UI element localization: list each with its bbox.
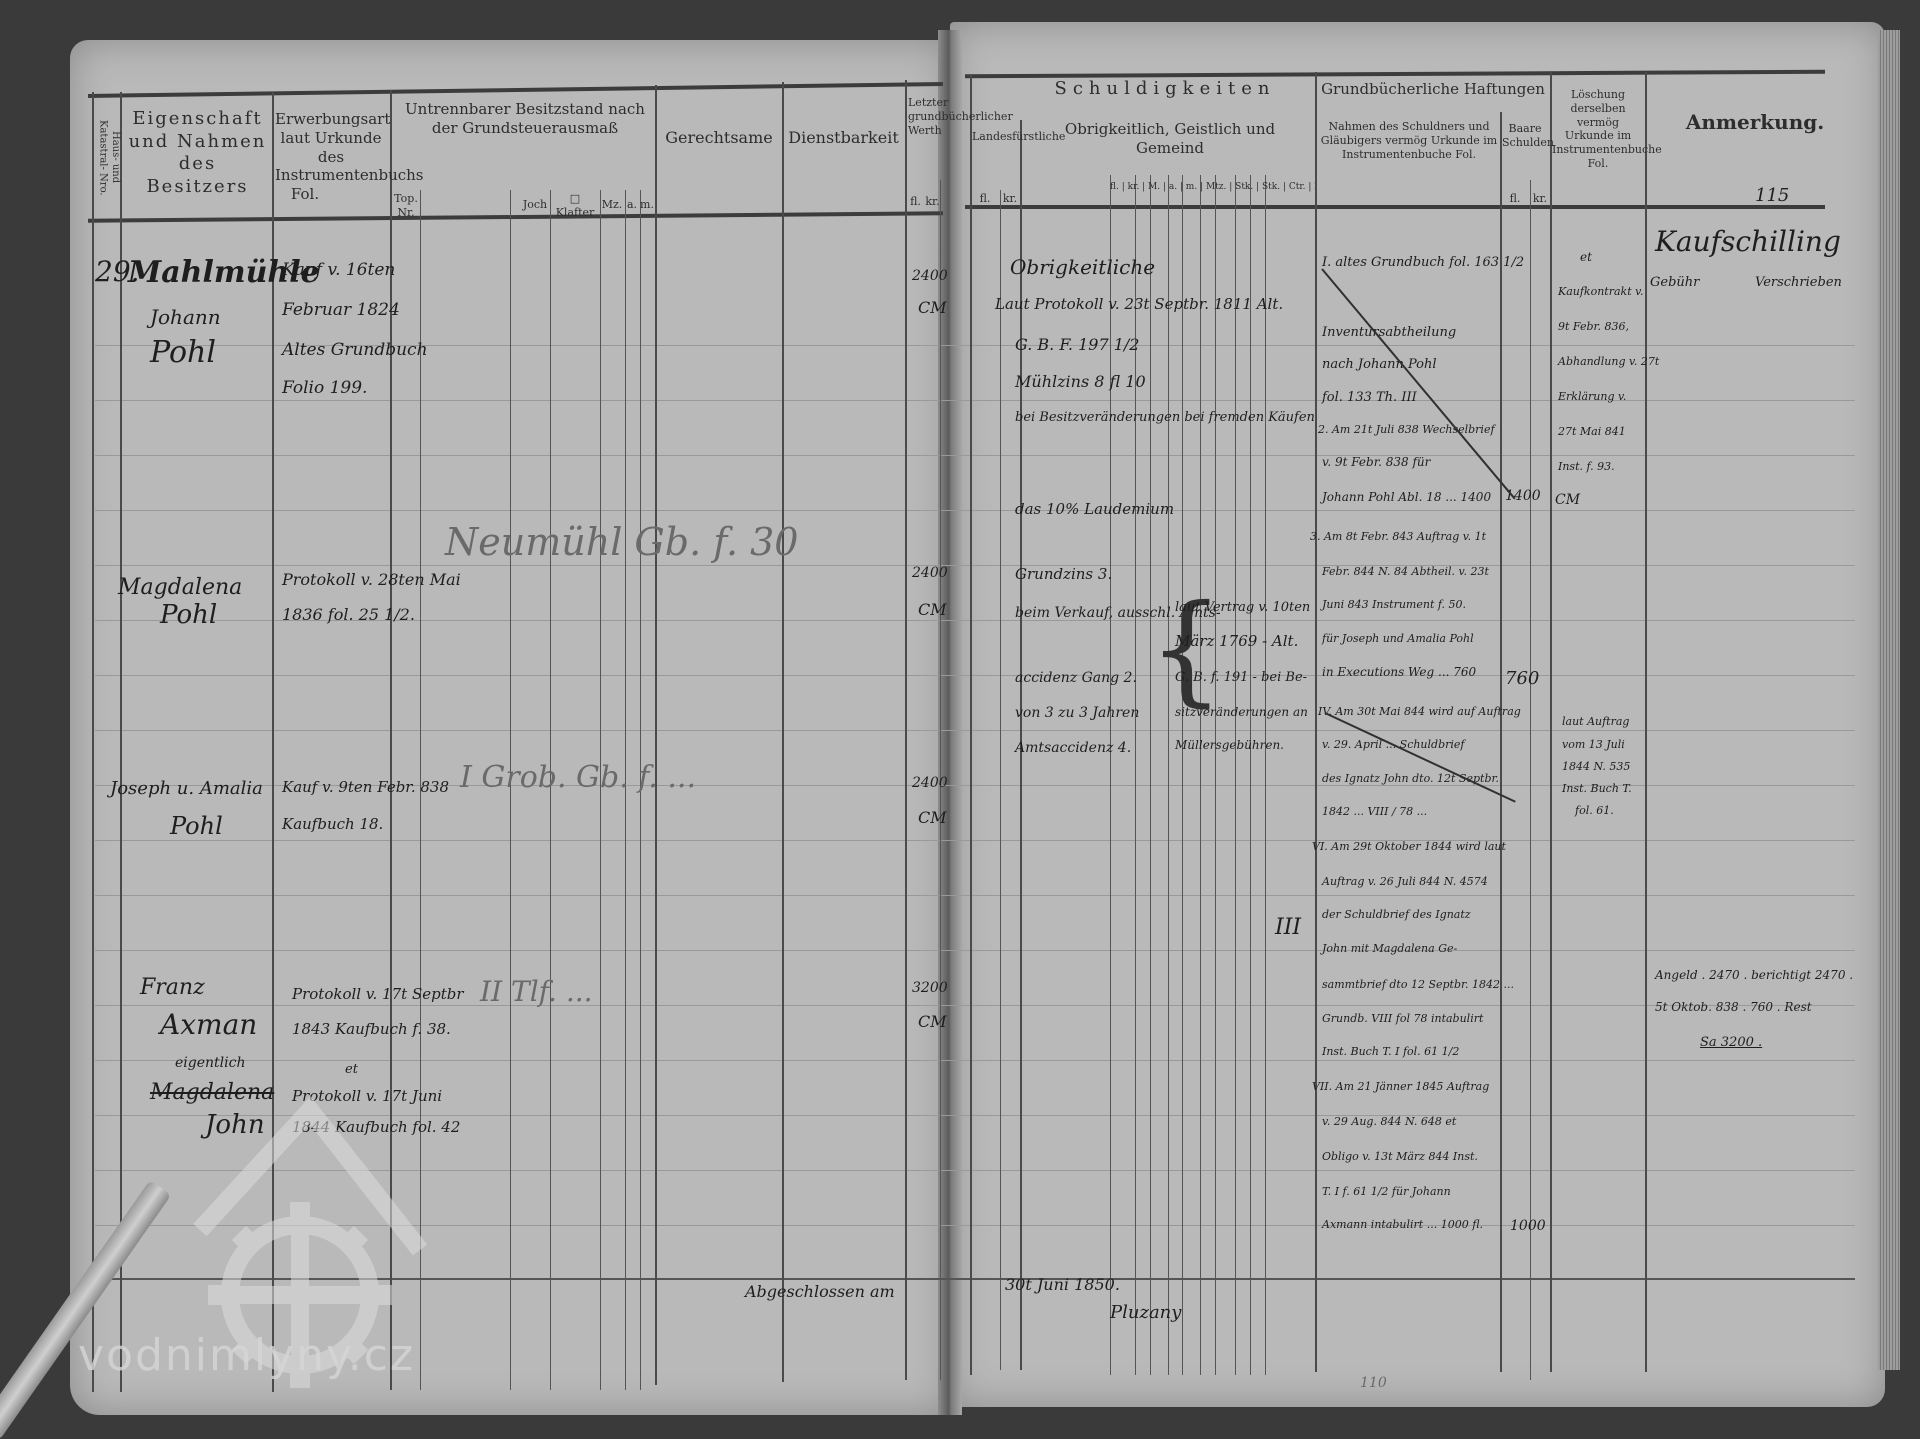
roman-marker: III: [1275, 915, 1301, 940]
pencil-note-3: II Tlf. ...: [480, 975, 593, 1008]
entry3-value-unit: CM: [918, 808, 947, 827]
header-landesf-kr: kr.: [1000, 192, 1020, 206]
liability-line: Grundb. VIII fol 78 intabulirt: [1322, 1012, 1483, 1025]
liability-line: 3. Am 8t Febr. 843 Auftrag v. 1t: [1310, 530, 1486, 543]
obligation-line: Mühlzins 8 fl 10: [1015, 372, 1146, 391]
header-gerechtsame: Gerechtsame: [660, 128, 778, 148]
entry4-acq-line3: et: [345, 1062, 358, 1077]
liability-line: John mit Magdalena Ge-: [1322, 942, 1457, 955]
header-besitzer: Eigenschaft und Nahmen des Besitzers: [125, 108, 270, 198]
header-m: m.: [640, 198, 654, 212]
header-landesfuerstliche: Landesfürstliche: [972, 130, 1018, 144]
header-haftungen: Grundbücherliche Haftungen: [1318, 80, 1548, 99]
entry4-owner-line2: Axman: [160, 1008, 257, 1041]
entry4-acq-line1: Protokoll v. 17t Septbr: [292, 985, 464, 1003]
footer-pencil-number: 110: [1360, 1375, 1387, 1391]
entry1-acq-line3: Altes Grundbuch: [282, 340, 428, 360]
liability-line: v. 29 Aug. 844 N. 648 et: [1322, 1115, 1456, 1128]
liability-line: 1842 ... VIII / 78 ...: [1322, 805, 1427, 818]
entry3-value: 2400: [912, 775, 948, 791]
obligation-line: accidenz Gang 2.: [1015, 670, 1137, 686]
liability-line: T. I f. 61 1/2 für Johann: [1322, 1185, 1451, 1198]
entry2-acq-line1: Protokoll v. 28ten Mai: [282, 570, 461, 589]
entry4-value-unit: CM: [918, 1012, 947, 1031]
header-joch: Joch: [520, 198, 550, 212]
entry1-owner-line2: Johann: [150, 305, 221, 329]
bracket-note-line: sitzveränderungen an: [1175, 705, 1308, 719]
obligation-line: Laut Protokoll v. 23t Septbr. 1811 Alt.: [995, 295, 1283, 313]
header-erwerbungsart-fol: Fol.: [275, 185, 335, 204]
header-erwerbungsart: Erwerbungsart laut Urkunde des Instrumen…: [275, 110, 387, 185]
liability-line: v. 9t Febr. 838 für: [1322, 455, 1430, 469]
entry1-value: 2400: [912, 268, 948, 284]
liability-line: sammtbrief dto 12 Septbr. 1842 ...: [1322, 978, 1514, 991]
header-wert-fl: fl.: [908, 195, 923, 209]
deletion-line: Kaufkontrakt v.: [1558, 285, 1644, 298]
book-spine: [938, 30, 962, 1415]
deletion-line: CM: [1555, 492, 1580, 508]
entry1-acq-line2: Februar 1824: [282, 300, 400, 320]
deletion-line: 27t Mai 841: [1558, 425, 1626, 438]
bracket-note-line: laut Vertrag v. 10ten: [1175, 600, 1310, 615]
header-baare-fl: fl.: [1505, 192, 1525, 206]
entry3-owner-line1: Joseph u. Amalia: [110, 778, 263, 799]
page-number: 115: [1755, 185, 1789, 206]
header-obrigkeitlich-subcols: fl. | kr. | M. | a. | m. | Mtz. | Stk. |…: [1110, 182, 1315, 193]
header-wert: Letzter grundbücherlicher Werth: [908, 96, 938, 137]
remarks-line: Sa 3200 .: [1700, 1035, 1762, 1050]
deletion-line: 9t Febr. 836,: [1558, 320, 1629, 333]
baare-schulden-2: 760: [1505, 668, 1539, 689]
deletion-line: 1844 N. 535: [1562, 760, 1630, 773]
entry2-owner-line1: Magdalena: [118, 575, 242, 600]
obligation-line: Amtsaccidenz 4.: [1015, 740, 1131, 756]
entry2-value: 2400: [912, 565, 948, 581]
header-loeschung: Löschung derselben vermög Urkunde im Ins…: [1552, 88, 1644, 171]
remarks-col-2: Verschrieben: [1755, 275, 1842, 290]
deletion-line: et: [1580, 250, 1592, 264]
entry1-value-unit: CM: [918, 298, 947, 317]
liability-line: IV. Am 30t Mai 844 wird auf Auftrag: [1318, 705, 1521, 718]
header-top-nr: Top. Nr.: [392, 192, 420, 220]
remarks-line: 5t Oktob. 838 . 760 . Rest: [1655, 1000, 1812, 1014]
liability-line: VI. Am 29t Oktober 1844 wird laut: [1312, 840, 1506, 853]
liability-line: in Executions Weg ... 760: [1322, 665, 1476, 679]
deletion-line: fol. 61.: [1575, 804, 1614, 817]
obligation-line: bei Besitzveränderungen bei fremden Käuf…: [1015, 410, 1315, 425]
bracket-note-line: G. B. f. 191 - bei Be-: [1175, 670, 1307, 685]
liability-line: Johann Pohl Abl. 18 ... 1400: [1322, 490, 1491, 504]
entry3-owner-line2: Pohl: [170, 812, 223, 840]
liability-line: I. altes Grundbuch fol. 163 1/2: [1322, 255, 1524, 270]
liability-line: Febr. 844 N. 84 Abtheil. v. 23t: [1322, 565, 1489, 578]
liability-line: Inventursabtheilung: [1322, 325, 1456, 340]
obligation-line: Obrigkeitliche: [1010, 255, 1155, 279]
header-anmerkung: Anmerkung.: [1650, 110, 1860, 135]
deletion-line: Inst. Buch T.: [1562, 782, 1632, 795]
liability-line: der Schuldbrief des Ignatz: [1322, 908, 1471, 921]
liability-line: Inst. Buch T. I fol. 61 1/2: [1322, 1045, 1459, 1058]
deletion-line: vom 13 Juli: [1562, 738, 1625, 751]
entry4-acq-line2: 1843 Kaufbuch f. 38.: [292, 1020, 451, 1038]
header-baare-kr: kr.: [1530, 192, 1550, 206]
header-haus-nr: Haus- und Katastral- Nro.: [96, 105, 121, 210]
entry2-acq-line2: 1836 fol. 25 1/2.: [282, 605, 415, 624]
header-mz: Mz.: [600, 198, 624, 212]
header-bottom-rule-right: [965, 205, 1825, 209]
liability-line: nach Johann Pohl: [1322, 357, 1437, 372]
header-wert-kr: kr.: [925, 195, 940, 209]
deletion-line: Erklärung v.: [1558, 390, 1626, 403]
entry3-acq-line1: Kauf v. 9ten Febr. 838: [282, 778, 449, 796]
entry2-value-unit: CM: [918, 600, 947, 619]
entry4-owner-line3: eigentlich: [175, 1055, 245, 1071]
remarks-title: Kaufschilling: [1655, 225, 1841, 258]
header-baare-schulden: Baare Schulden: [1502, 122, 1548, 150]
bracket-note-line: Müllersgebühren.: [1175, 738, 1284, 752]
entry2-owner-line2: Pohl: [160, 600, 217, 630]
header-schuldigkeiten: Schuldigkeiten: [1020, 78, 1310, 101]
deletion-line: Inst. f. 93.: [1558, 460, 1615, 473]
liability-line: VII. Am 21 Jänner 1845 Auftrag: [1312, 1080, 1489, 1093]
remarks-line: Angeld . 2470 . berichtigt 2470 .: [1655, 968, 1853, 982]
header-a: a.: [625, 198, 639, 212]
header-klafter: □ Klafter: [552, 192, 598, 220]
obligation-line: G. B. F. 197 1/2: [1015, 335, 1139, 354]
header-obrigkeitlich: Obrigkeitlich, Geistlich und Gemeind: [1030, 120, 1310, 158]
entry3-acq-line2: Kaufbuch 18.: [282, 815, 383, 833]
obligation-line: das 10% Laudemium: [1015, 500, 1174, 518]
header-landesf-fl: fl.: [975, 192, 995, 206]
liability-line: Axmann intabulirt ... 1000 fl.: [1322, 1218, 1483, 1231]
baare-schulden-3: 1000: [1510, 1218, 1546, 1234]
header-dienstbarkeit: Dienstbarkeit: [786, 128, 901, 148]
liability-line: Auftrag v. 26 Juli 844 N. 4574: [1322, 875, 1488, 888]
footer-date: 30t Juni 1850.: [1005, 1275, 1120, 1294]
liability-line: Obligo v. 13t März 844 Inst.: [1322, 1150, 1478, 1163]
footer-signature: Pluzany: [1110, 1302, 1181, 1323]
header-nahmen-schuldner: Nahmen des Schuldners und Gläubigers ver…: [1320, 120, 1498, 161]
liability-line: Juni 843 Instrument f. 50.: [1322, 598, 1466, 611]
entry1-owner-line3: Pohl: [150, 335, 216, 370]
liability-line: für Joseph und Amalia Pohl: [1322, 632, 1474, 645]
deletion-line: Abhandlung v. 27t: [1558, 355, 1659, 368]
pencil-note-1: Neumühl Gb. f. 30: [445, 520, 799, 564]
liability-line: 2. Am 21t Juli 838 Wechselbrief: [1318, 423, 1495, 436]
entry4-owner-line1: Franz: [140, 975, 205, 1000]
obligation-line: Grundzins 3.: [1015, 565, 1112, 583]
obligation-line: von 3 zu 3 Jahren: [1015, 705, 1139, 721]
bracket-note-line: März 1769 - Alt.: [1175, 632, 1298, 650]
entry4-value: 3200: [912, 980, 948, 996]
deletion-line: laut Auftrag: [1562, 715, 1629, 728]
left-footer-note: Abgeschlossen am: [745, 1282, 895, 1301]
liability-line: fol. 133 Th. III: [1322, 390, 1417, 405]
header-besitzstand: Untrennbarer Besitzstand nach der Grunds…: [400, 100, 650, 138]
watermark-text: vodnimlyny.cz: [78, 1330, 415, 1381]
remarks-col-1: Gebühr: [1650, 275, 1699, 290]
page-edge-stack: [1878, 30, 1900, 1370]
entry1-acq-line1: Kauf v. 16ten: [282, 260, 395, 280]
entry1-acq-line4: Folio 199.: [282, 378, 367, 398]
pencil-note-2: I Grob. Gb. f. ...: [460, 760, 696, 795]
